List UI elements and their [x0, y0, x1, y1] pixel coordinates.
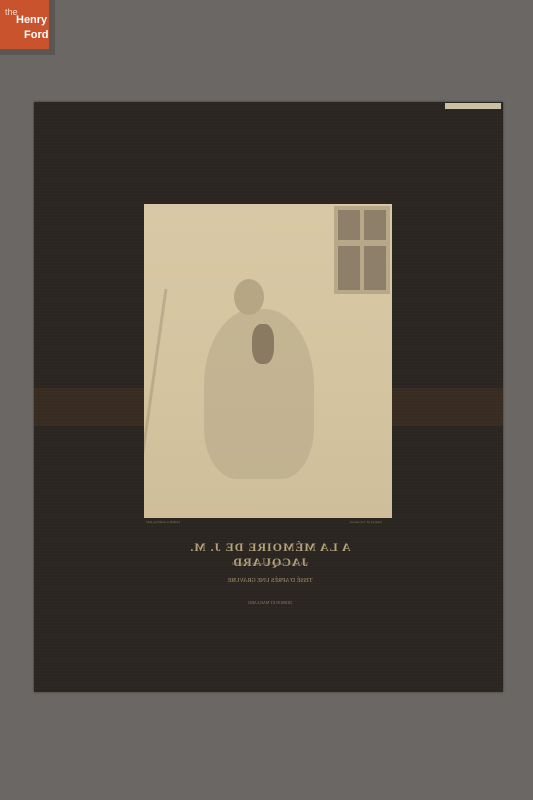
woven-portrait — [144, 204, 392, 518]
figure-vest — [252, 324, 274, 364]
caption-right: Gravure de J. M. Jacquard — [350, 520, 382, 524]
logo-shadow — [49, 0, 55, 55]
henry-ford-logo[interactable]: the Henry Ford — [0, 0, 49, 49]
logo-shadow-bottom — [0, 49, 55, 55]
window — [334, 206, 390, 294]
textile-tag — [445, 103, 501, 109]
figure-head — [234, 279, 264, 315]
caption-left: Tissé par Didron et Maillard — [146, 520, 180, 524]
logo-ford: Ford — [24, 30, 48, 41]
textile-subtitle-3: DIDRON ET MAILLARD — [150, 600, 390, 605]
textile-subtitle-2: TISSÉ D'APRÈS UNE GRAVURE — [150, 578, 390, 584]
logo-henry: Henry — [16, 15, 47, 26]
textile-subtitle-1: Né à Lyon le 7 juillet 1752, mort le 7 a… — [150, 561, 390, 566]
